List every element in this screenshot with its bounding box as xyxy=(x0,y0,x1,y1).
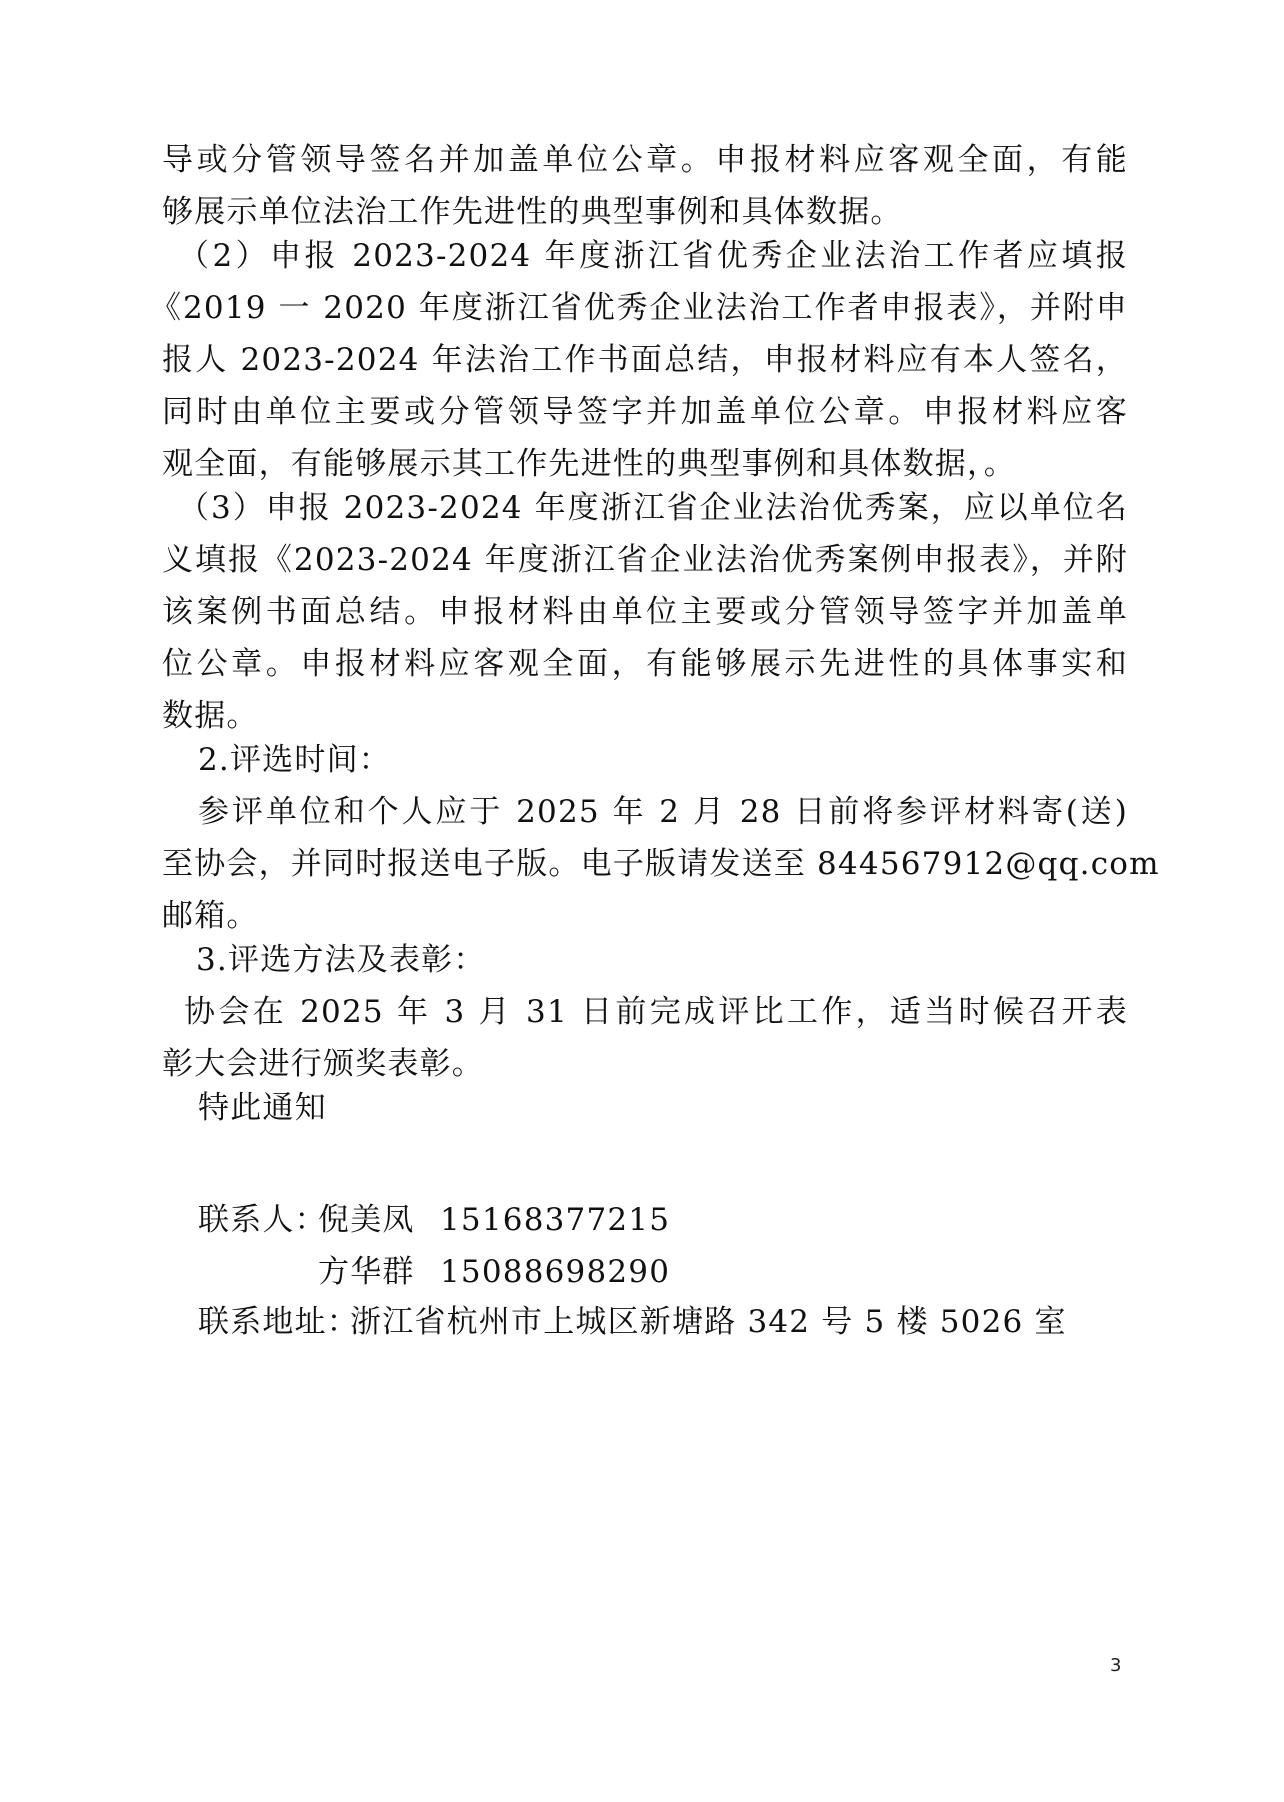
paragraph-3-line-2: 义填报《2023-2024 年度浙江省企业法治优秀案例申报表》，并附 xyxy=(162,540,1128,580)
address-label: 联系地址： xyxy=(198,1302,359,1342)
paragraph-3-line-1: （3）申报 2023-2024 年度浙江省企业法治优秀案，应以单位名 xyxy=(178,488,1128,528)
paragraph-3-line-4: 位公章。申报材料应客观全面，有能够展示先进性的具体事实和 xyxy=(162,644,1128,684)
section-3-line-2: 彰大会进行颁奖表彰。 xyxy=(162,1044,484,1084)
paragraph-2-line-4: 同时由单位主要或分管领导签字并加盖单位公章。申报材料应客 xyxy=(162,392,1128,432)
page-number: 3 xyxy=(1110,1655,1121,1676)
contact-name-1: 倪美凤 xyxy=(318,1200,415,1240)
paragraph-2-line-3: 报人 2023-2024 年法治工作书面总结，申报材料应有本人签名， xyxy=(162,340,1128,380)
section-2-line-3: 邮箱。 xyxy=(162,896,259,936)
section-3-line-1: 协会在 2025 年 3 月 31 日前完成评比工作，适当时候召开表 xyxy=(184,992,1128,1032)
contact-label: 联系人： xyxy=(198,1200,327,1240)
paragraph-3-line-3: 该案例书面总结。申报材料由单位主要或分管领导签字并加盖单 xyxy=(162,592,1128,632)
paragraph-2-line-1: （2）申报 2023-2024 年度浙江省优秀企业法治工作者应填报 xyxy=(178,236,1128,276)
paragraph-1-line-2: 够展示单位法治工作先进性的典型事例和具体数据。 xyxy=(162,192,903,232)
section-2-heading: 2.评选时间： xyxy=(198,740,391,780)
contact-phone-2: 15088698290 xyxy=(440,1252,670,1292)
address-text: 浙江省杭州市上城区新塘路 342 号 5 楼 5026 室 xyxy=(350,1302,1067,1342)
section-2-line-2: 至协会，并同时报送电子版。电子版请发送至 844567912@qq.com xyxy=(162,844,1128,884)
document-page: 导或分管领导签名并加盖单位公章。申报材料应客观全面，有能 够展示单位法治工作先进… xyxy=(0,0,1284,1802)
contact-name-2: 方华群 xyxy=(318,1252,415,1292)
closing-text: 特此通知 xyxy=(198,1088,327,1128)
section-3-heading: 3.评选方法及表彰： xyxy=(196,940,486,980)
paragraph-2-line-2: 《2019 一 2020 年度浙江省优秀企业法治工作者申报表》，并附申 xyxy=(150,288,1128,328)
paragraph-1-line-1: 导或分管领导签名并加盖单位公章。申报材料应客观全面，有能 xyxy=(162,140,1128,180)
contact-phone-1: 15168377215 xyxy=(440,1200,670,1240)
paragraph-3-line-5: 数据。 xyxy=(162,696,259,736)
section-2-line-1: 参评单位和个人应于 2025 年 2 月 28 日前将参评材料寄(送) xyxy=(198,792,1128,832)
paragraph-2-line-5: 观全面，有能够展示其工作先进性的典型事例和具体数据，。 xyxy=(162,444,1016,484)
